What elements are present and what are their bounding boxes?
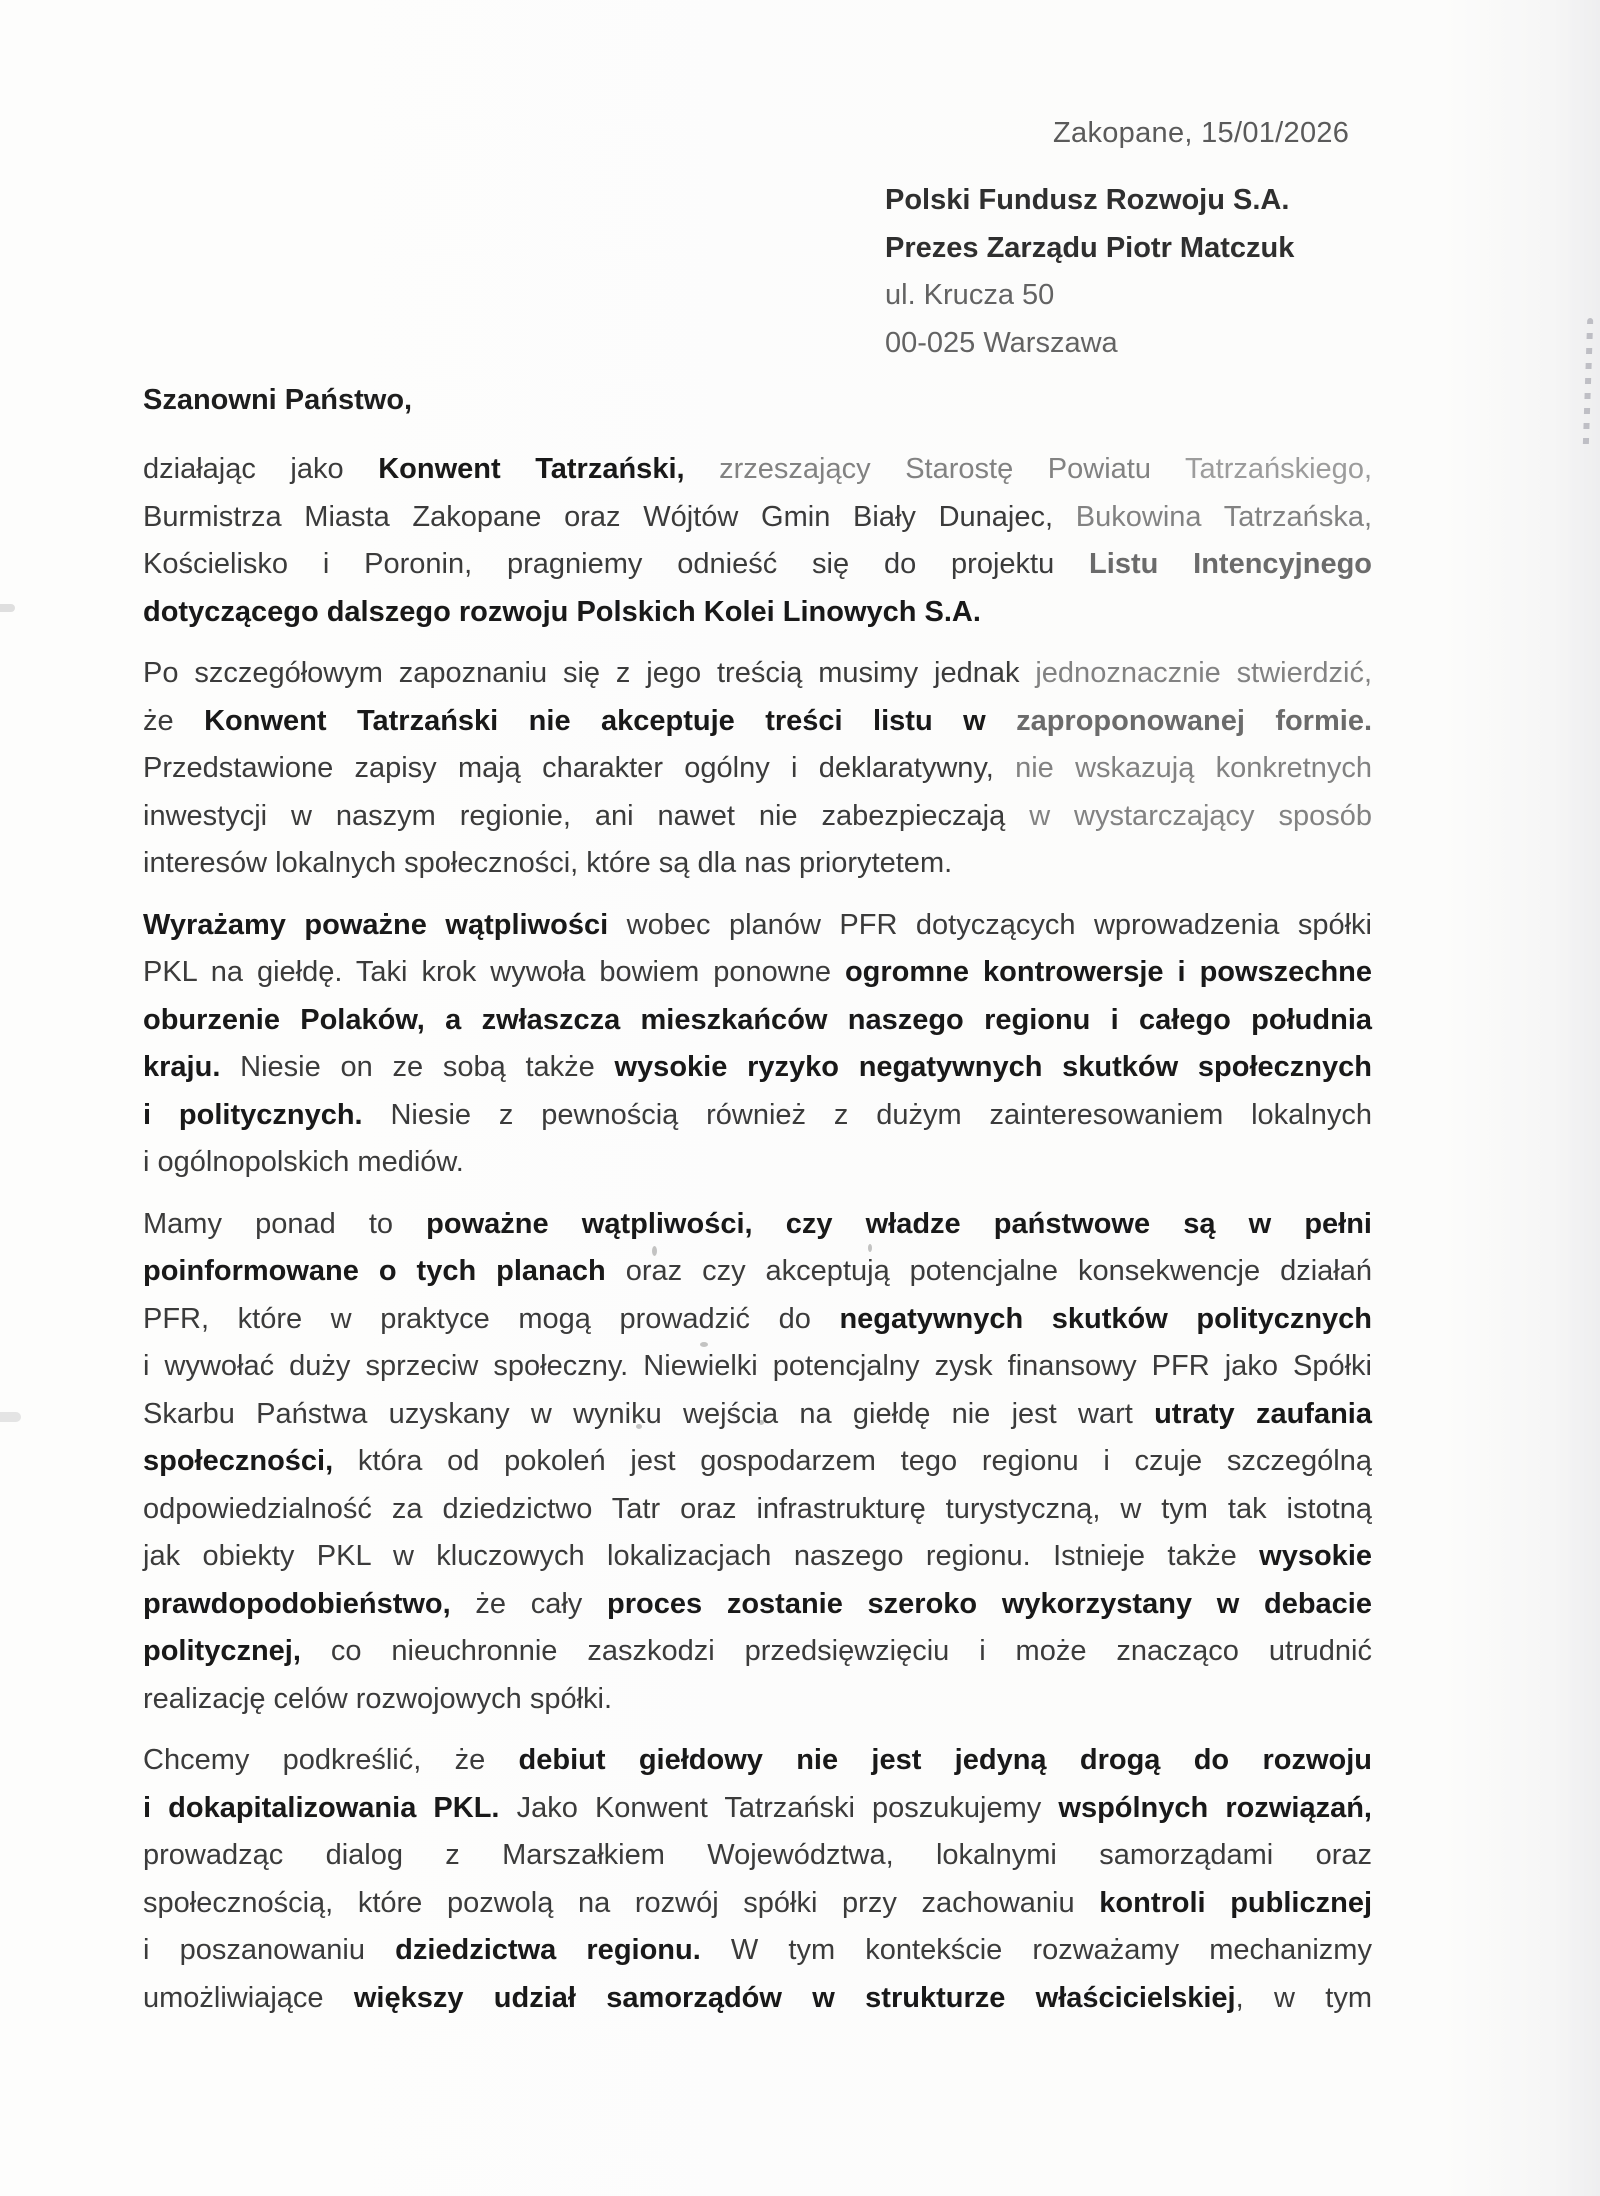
paragraph-line: Wyrażamy poważne wątpliwości wobec planó… <box>143 902 1372 950</box>
paragraph-line: prowadząc dialog z Marszałkiem Województ… <box>143 1832 1372 1880</box>
text-segment: utraty zaufania <box>1154 1398 1372 1430</box>
scan-speck <box>758 1420 764 1425</box>
letter-paragraph: Chcemy podkreślić, że debiut giełdowy ni… <box>143 1737 1372 2022</box>
text-segment: poważne wątpliwości, czy władze państwow… <box>426 1208 1372 1240</box>
text-segment: że <box>143 705 204 737</box>
paragraph-line: Kościelisko i Poronin, pragniemy odnieść… <box>143 541 1372 589</box>
text-segment: kontroli publicznej <box>1099 1887 1372 1919</box>
text-segment: Jako Konwent Tatrzański poszukujemy <box>517 1792 1059 1824</box>
salutation: Szanowni Państwo, <box>143 377 412 425</box>
paragraph-line: Skarbu Państwa uzyskany w wyniku wejścia… <box>143 1391 1372 1439</box>
paragraph-line: Mamy ponad to poważne wątpliwości, czy w… <box>143 1201 1372 1249</box>
paragraph-line: Przedstawione zapisy mają charakter ogól… <box>143 745 1372 793</box>
paragraph-line: Chcemy podkreślić, że debiut giełdowy ni… <box>143 1737 1372 1785</box>
text-segment: Bukowina Tatrzańska, <box>1076 501 1372 533</box>
text-segment: wysokie ryzyko negatywnych skutków społe… <box>615 1051 1373 1083</box>
text-segment: inwestycji w naszym regionie, ani nawet … <box>143 800 1029 832</box>
text-segment: co nieuchronnie zaszkodzi przedsięwzięci… <box>331 1635 1372 1667</box>
paragraph-line: i dokapitalizowania PKL. Jako Konwent Ta… <box>143 1785 1372 1833</box>
text-segment: poinformowane o tych planach <box>143 1255 626 1287</box>
paragraph-line: Burmistrza Miasta Zakopane oraz Wójtów G… <box>143 494 1372 542</box>
text-segment: zrzeszający Starostę Powiatu <box>719 453 1185 485</box>
paragraph-line: oburzenie Polaków, a zwłaszcza mieszkańc… <box>143 997 1372 1045</box>
text-segment: Konwent Tatrzański nie akceptuje treści … <box>204 705 1016 737</box>
scan-edge-artifact <box>1583 318 1594 448</box>
scanned-letter-document: Zakopane, 15/01/2026 Polski Fundusz Rozw… <box>0 0 1600 2196</box>
letter-paragraph: działając jako Konwent Tatrzański, zrzes… <box>143 446 1372 636</box>
text-segment: W tym kontekście rozważamy mechanizmy <box>731 1934 1372 1966</box>
text-segment: oraz czy akceptują potencjalne konsekwen… <box>626 1255 1372 1287</box>
paragraph-line: społeczności, która od pokoleń jest gosp… <box>143 1438 1372 1486</box>
text-segment: społeczności, <box>143 1445 358 1477</box>
paragraph-line: prawdopodobieństwo, że cały proces zosta… <box>143 1581 1372 1629</box>
scan-speck <box>905 1062 911 1068</box>
paragraph-line: odpowiedzialność za dziedzictwo Tatr ora… <box>143 1486 1372 1534</box>
text-segment: Listu Intencyjnego <box>1089 548 1372 580</box>
paragraph-line: działając jako Konwent Tatrzański, zrzes… <box>143 446 1372 494</box>
text-segment: odpowiedzialność za dziedzictwo Tatr ora… <box>143 1493 1372 1525</box>
text-segment: jednoznacznie stwierdzić, <box>1035 657 1372 689</box>
text-segment: i wywołać duży sprzeciw społeczny. Niewi… <box>143 1350 1372 1382</box>
text-segment: Wyrażamy poważne wątpliwości <box>143 909 627 941</box>
text-segment: Mamy ponad to <box>143 1208 426 1240</box>
paragraph-line: PFR, które w praktyce mogą prowadzić do … <box>143 1296 1372 1344</box>
text-segment: Chcemy podkreślić, że <box>143 1744 519 1776</box>
text-segment: debiut giełdowy nie jest jedyną drogą do… <box>519 1744 1372 1776</box>
text-segment: PFR, które w praktyce mogą prowadzić do <box>143 1303 839 1335</box>
letter-paragraph: Mamy ponad to poważne wątpliwości, czy w… <box>143 1201 1372 1724</box>
scan-speck <box>700 1342 708 1347</box>
paragraph-line: interesów lokalnych społeczności, które … <box>143 840 1372 888</box>
text-segment: i poszanowaniu <box>143 1934 395 1966</box>
letter-paragraph: Po szczegółowym zapoznaniu się z jego tr… <box>143 650 1372 888</box>
scan-speck <box>652 1246 657 1256</box>
text-segment: Konwent Tatrzański, <box>378 453 719 485</box>
paragraph-line: i ogólnopolskich mediów. <box>143 1139 1372 1187</box>
text-segment: jak obiekty PKL w kluczowych lokalizacja… <box>143 1540 1259 1572</box>
paragraph-line: i wywołać duży sprzeciw społeczny. Niewi… <box>143 1343 1372 1391</box>
text-segment: wysokie <box>1259 1540 1372 1572</box>
text-segment: realizację celów rozwojowych spółki. <box>143 1683 612 1715</box>
paragraph-line: umożliwiające większy udział samorządów … <box>143 1975 1372 2023</box>
paragraph-line: Po szczegółowym zapoznaniu się z jego tr… <box>143 650 1372 698</box>
text-segment: która od pokoleń jest gospodarzem tego r… <box>358 1445 1372 1477</box>
text-segment: proces zostanie szeroko wykorzystany w d… <box>607 1588 1372 1620</box>
text-segment: zaproponowanej formie. <box>1016 705 1372 737</box>
scan-smudge-left-bottom <box>0 1412 21 1422</box>
paragraph-line: że Konwent Tatrzański nie akceptuje treś… <box>143 698 1372 746</box>
paragraph-line: dotyczącego dalszego rozwoju Polskich Ko… <box>143 589 1372 637</box>
scan-speck <box>636 1424 642 1429</box>
text-segment: oburzenie Polaków, a zwłaszcza mieszkańc… <box>143 1004 1372 1036</box>
letter-paragraph: Wyrażamy poważne wątpliwości wobec planó… <box>143 902 1372 1187</box>
recipient-line: 00-025 Warszawa <box>885 320 1294 368</box>
text-segment: politycznej, <box>143 1635 331 1667</box>
text-segment: nie wskazują konkretnych <box>1015 752 1372 784</box>
text-segment: PKL na giełdę. Taki krok wywoła bowiem p… <box>143 956 845 988</box>
text-segment: Niesie on ze sobą także <box>240 1051 614 1083</box>
text-segment: kraju. <box>143 1051 240 1083</box>
text-segment: i dokapitalizowania PKL. <box>143 1792 517 1824</box>
text-segment: że cały <box>475 1588 607 1620</box>
text-segment: i politycznych. <box>143 1099 390 1131</box>
paragraph-line: realizację celów rozwojowych spółki. <box>143 1676 1372 1724</box>
scan-smudge-left-top <box>0 604 15 612</box>
paragraph-line: społecznością, które pozwolą na rozwój s… <box>143 1880 1372 1928</box>
text-segment: działając jako <box>143 453 378 485</box>
text-segment: Tatrzańskiego, <box>1185 453 1372 485</box>
text-segment: Skarbu Państwa uzyskany w wyniku wejścia… <box>143 1398 1154 1430</box>
text-segment: negatywnych skutków politycznych <box>839 1303 1372 1335</box>
paragraph-line: poinformowane o tych planach oraz czy ak… <box>143 1248 1372 1296</box>
text-segment: Po szczegółowym zapoznaniu się z jego tr… <box>143 657 1035 689</box>
text-segment: prawdopodobieństwo, <box>143 1588 475 1620</box>
text-segment: umożliwiające <box>143 1982 354 2014</box>
letter-date: Zakopane, 15/01/2026 <box>1053 110 1349 158</box>
paragraph-line: inwestycji w naszym regionie, ani nawet … <box>143 793 1372 841</box>
text-segment: wobec planów PFR dotyczących wprowadzeni… <box>627 909 1372 941</box>
text-segment: dotyczącego dalszego rozwoju Polskich Ko… <box>143 596 981 628</box>
recipient-line: Polski Fundusz Rozwoju S.A. <box>885 177 1294 225</box>
text-segment: ogromne kontrowersje i powszechne <box>845 956 1372 988</box>
letter-body: działając jako Konwent Tatrzański, zrzes… <box>143 446 1372 2036</box>
text-segment: społecznością, które pozwolą na rozwój s… <box>143 1887 1099 1919</box>
text-segment: w wystarczający sposób <box>1029 800 1372 832</box>
paragraph-line: kraju. Niesie on ze sobą także wysokie r… <box>143 1044 1372 1092</box>
text-segment: wspólnych rozwiązań, <box>1058 1792 1372 1824</box>
recipient-line: Prezes Zarządu Piotr Matczuk <box>885 225 1294 273</box>
paragraph-line: i politycznych. Niesie z pewnością równi… <box>143 1092 1372 1140</box>
text-segment: Kościelisko i Poronin, pragniemy odnieść… <box>143 548 1089 580</box>
paragraph-line: i poszanowaniu dziedzictwa regionu. W ty… <box>143 1927 1372 1975</box>
text-segment: Burmistrza Miasta Zakopane oraz Wójtów G… <box>143 501 1076 533</box>
text-segment: , w tym <box>1236 1982 1372 2014</box>
text-segment: i ogólnopolskich mediów. <box>143 1146 464 1178</box>
paragraph-line: jak obiekty PKL w kluczowych lokalizacja… <box>143 1533 1372 1581</box>
paragraph-line: politycznej, co nieuchronnie zaszkodzi p… <box>143 1628 1372 1676</box>
text-segment: Przedstawione zapisy mają charakter ogól… <box>143 752 1015 784</box>
text-segment: dziedzictwa regionu. <box>395 1934 731 1966</box>
text-segment: większy udział samorządów w strukturze w… <box>354 1982 1236 2014</box>
text-segment: Niesie z pewnością również z dużym zaint… <box>390 1099 1372 1131</box>
paragraph-line: PKL na giełdę. Taki krok wywoła bowiem p… <box>143 949 1372 997</box>
recipient-line: ul. Krucza 50 <box>885 272 1294 320</box>
text-segment: prowadząc dialog z Marszałkiem Województ… <box>143 1839 1372 1871</box>
text-segment: interesów lokalnych społeczności, które … <box>143 847 952 879</box>
scan-speck <box>868 1244 872 1252</box>
recipient-block: Polski Fundusz Rozwoju S.A.Prezes Zarząd… <box>885 177 1294 367</box>
